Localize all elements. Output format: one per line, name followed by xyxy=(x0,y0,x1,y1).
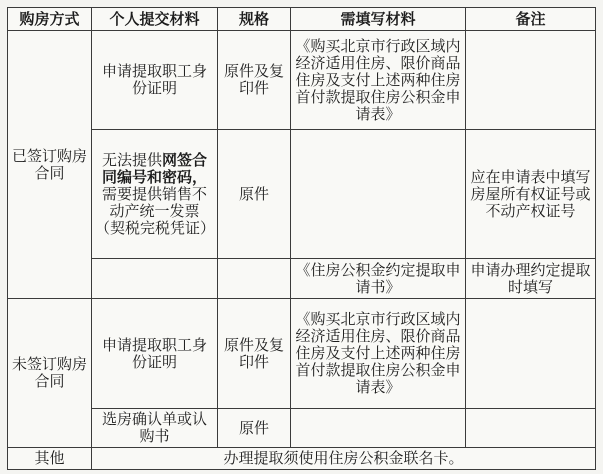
cell-note-empty-3 xyxy=(466,409,596,448)
cell-method-unsigned-contract: 未签订购房合同 xyxy=(8,299,92,448)
col-header-forms-to-fill: 需填写材料 xyxy=(291,8,466,31)
housing-fund-withdrawal-table: 购房方式 个人提交材料 规格 需填写材料 备注 已签订购房合同 申请提取职工身份… xyxy=(7,7,596,470)
header-row: 购房方式 个人提交材料 规格 需填写材料 备注 xyxy=(8,8,596,31)
table-row-unsigned-2: 选房确认单或认购书 原件 xyxy=(8,409,596,448)
cell-form-application-table-2: 《购买北京市行政区域内经济适用住房、限价商品住房及支付上述两种住房首付款提取住房… xyxy=(291,299,466,409)
cell-method-signed-contract: 已签订购房合同 xyxy=(8,31,92,299)
col-header-personal-materials: 个人提交材料 xyxy=(92,8,218,31)
cell-material-identity-proof-2: 申请提取职工身份证明 xyxy=(92,299,218,409)
material-text-normal-1: 无法提供 xyxy=(102,152,162,169)
cell-material-identity-proof: 申请提取职工身份证明 xyxy=(92,31,218,130)
cell-spec-original: 原件 xyxy=(218,130,291,259)
col-header-spec: 规格 xyxy=(218,8,291,31)
document-page: 购房方式 个人提交材料 规格 需填写材料 备注 已签订购房合同 申请提取职工身份… xyxy=(0,0,603,474)
table-row-other: 其他 办理提取须使用住房公积金联名卡。 xyxy=(8,448,596,470)
cell-spec-original-and-copy-2: 原件及复印件 xyxy=(218,299,291,409)
cell-note-empty xyxy=(466,31,596,130)
cell-spec-empty xyxy=(218,259,291,299)
table-row-signed-2: 无法提供网签合同编号和密码，需要提供销售不动产统一发票（契税完税凭证） 原件 应… xyxy=(8,130,596,259)
cell-form-empty xyxy=(291,130,466,259)
cell-other-note-card-required: 办理提取须使用住房公积金联名卡。 xyxy=(92,448,596,470)
col-header-remarks: 备注 xyxy=(466,8,596,31)
col-header-purchase-method: 购房方式 xyxy=(8,8,92,31)
cell-form-empty-2 xyxy=(291,409,466,448)
cell-note-empty-2 xyxy=(466,299,596,409)
table-row-unsigned-1: 未签订购房合同 申请提取职工身份证明 原件及复印件 《购买北京市行政区域内经济适… xyxy=(8,299,596,409)
cell-form-application-table: 《购买北京市行政区域内经济适用住房、限价商品住房及支付上述两种住房首付款提取住房… xyxy=(291,31,466,130)
material-text-normal-2: 需要提供销售不动产统一发票（契税完税凭证） xyxy=(95,186,215,237)
table-row-signed-1: 已签订购房合同 申请提取职工身份证明 原件及复印件 《购买北京市行政区域内经济适… xyxy=(8,31,596,130)
cell-material-invoice: 无法提供网签合同编号和密码，需要提供销售不动产统一发票（契税完税凭证） xyxy=(92,130,218,259)
cell-form-agreed-withdrawal: 《住房公积金约定提取申请书》 xyxy=(291,259,466,299)
cell-note-agreed-withdrawal: 申请办理约定提取时填写 xyxy=(466,259,596,299)
cell-spec-original-and-copy: 原件及复印件 xyxy=(218,31,291,130)
cell-material-house-confirmation: 选房确认单或认购书 xyxy=(92,409,218,448)
cell-material-empty xyxy=(92,259,218,299)
table-row-signed-3: 《住房公积金约定提取申请书》 申请办理约定提取时填写 xyxy=(8,259,596,299)
cell-note-ownership-number: 应在申请表中填写房屋所有权证号或不动产权证号 xyxy=(466,130,596,259)
cell-method-other: 其他 xyxy=(8,448,92,470)
cell-spec-original-2: 原件 xyxy=(218,409,291,448)
